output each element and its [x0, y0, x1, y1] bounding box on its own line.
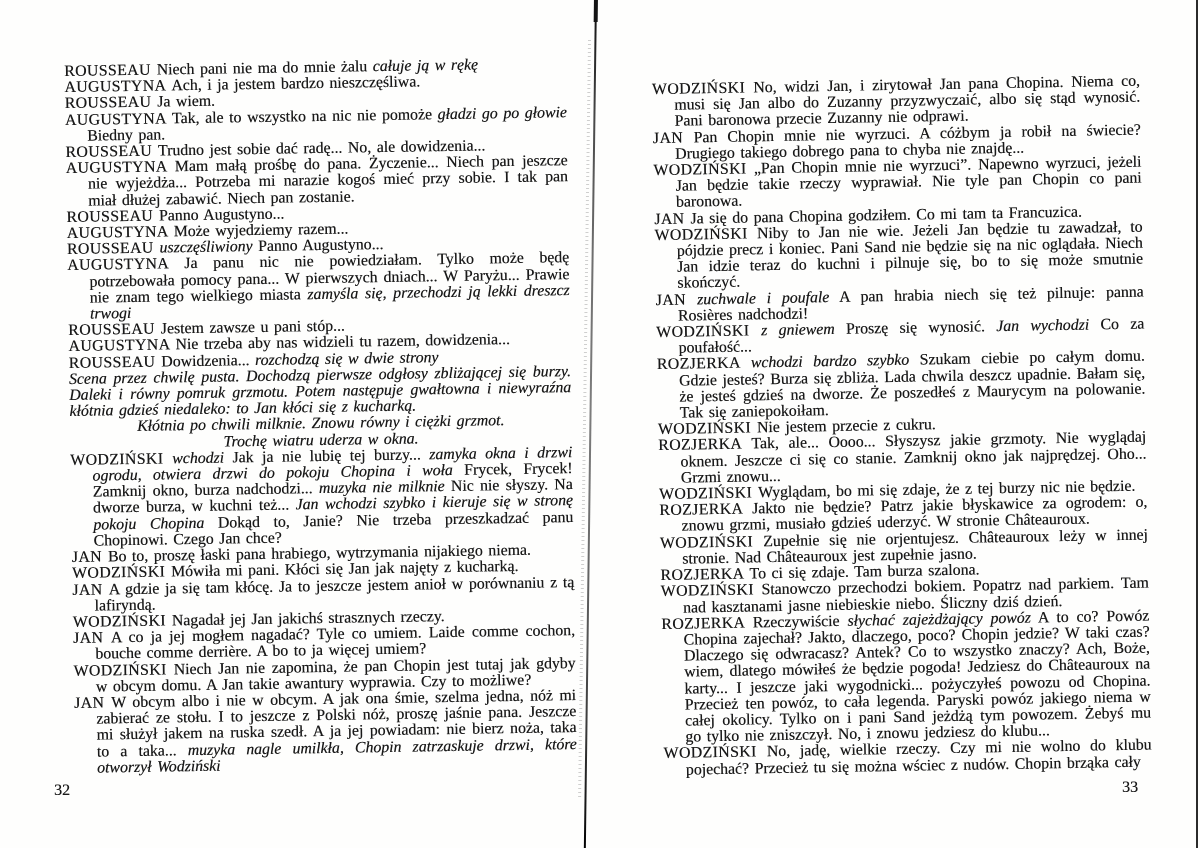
speech-line: JAN W obcym albo i nie w obcym. A jak on… [74, 688, 577, 777]
speech-line: AUGUSTYNA Mam małą prośbę do pana. Życze… [66, 153, 569, 209]
stage-cue-text: całuje ją w rękę [373, 56, 479, 75]
scanned-book-spread: { "document": { "kind": "scanned book sp… [0, 0, 1200, 848]
speech-line: WODZIŃSKI No, jadę, wielkie rzeczy. Czy … [663, 738, 1151, 779]
speaker-name: JAN [74, 694, 111, 712]
stage-cue-text: Scena przez chwilę pusta. Dochodzą pierw… [69, 363, 571, 420]
speech-line: ROZJERKA Rzeczywiście słychać zajeżdżają… [661, 608, 1151, 746]
page-number-right: 33 [1122, 779, 1138, 797]
speech-line: AUGUSTYNA Ja panu nic nie powiedziałam. … [67, 251, 570, 324]
right-page: WODZIŃSKI No, widzi Jan, i zirytował Jan… [652, 74, 1152, 779]
speaker-name: JAN [653, 129, 694, 147]
speaker-name: JAN [654, 210, 690, 228]
speech-line: WODZIŃSKI wchodzi Jak ja nie lubię tej b… [70, 445, 573, 550]
dialogue-text: Proszę się wynosić. [834, 318, 996, 338]
speaker-name: JAN [72, 548, 108, 566]
speaker-name: JAN [73, 629, 111, 647]
scan-edge-line [1196, 0, 1198, 848]
stage-cue-text: gładzi go po głowie [437, 104, 567, 123]
speaker-name: JAN [655, 291, 697, 309]
speech-line: WODZIŃSKI Niby to Jan nie wie. Jeżeli Ja… [654, 219, 1143, 292]
stage-cue-text: Jan wychodzi [996, 317, 1089, 336]
speaker-name: JAN [72, 581, 109, 599]
speech-line: ROZJERKA wchodzi bardzo szybko Szukam ci… [657, 349, 1146, 422]
dialogue-text: Tak, ale to wszystko na nic nie pomoże [172, 106, 438, 127]
stage-cue-text: z gniewem [761, 321, 835, 339]
page-number-left: 32 [54, 782, 70, 800]
left-page: ROUSSEAU Niech pani nie ma do mnie żalu … [64, 56, 577, 777]
dialogue-text: Ja wiem. [157, 93, 215, 111]
stage-cue-text: wchodzi [172, 449, 224, 467]
